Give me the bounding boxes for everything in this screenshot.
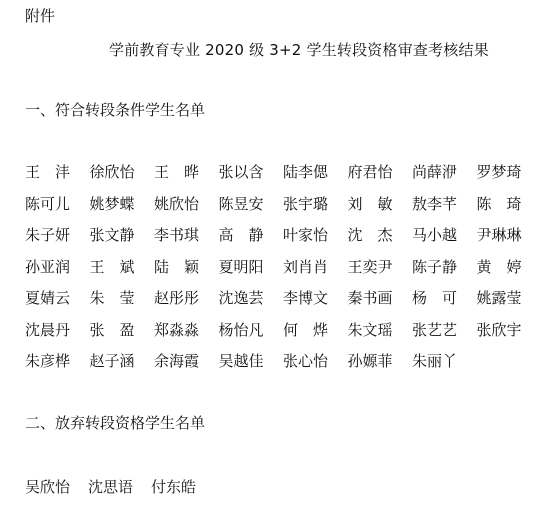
student-name: 敖李芊	[412, 195, 477, 227]
student-name: 余海霞	[154, 352, 219, 384]
student-name: 沈思语	[88, 478, 133, 496]
student-name: 孙亚润	[25, 258, 90, 290]
student-name: 张欣宇	[477, 321, 542, 353]
student-name: 陆李偲	[283, 163, 348, 195]
student-name: 王斌	[90, 258, 135, 290]
student-name: 尹琳琳	[477, 226, 542, 258]
student-name: 陈琦	[477, 195, 522, 227]
student-name: 刘敏	[348, 195, 393, 227]
student-name: 付东皓	[151, 478, 196, 496]
student-name: 马小越	[412, 226, 477, 258]
student-name: 李博文	[283, 289, 348, 321]
student-name: 王沣	[25, 163, 70, 195]
student-name: 张以含	[219, 163, 284, 195]
student-name: 陈可儿	[25, 195, 90, 227]
student-name: 吴欣怡	[25, 478, 70, 496]
attachment-label: 附件	[25, 7, 55, 25]
student-name: 杨怡凡	[219, 321, 284, 353]
student-name: 朱莹	[90, 289, 135, 321]
student-name: 刘肖肖	[283, 258, 348, 290]
student-name: 朱子妍	[25, 226, 90, 258]
abandoned-students-list: 吴欣怡沈思语付东皓	[25, 478, 196, 496]
student-name: 沈逸芸	[219, 289, 284, 321]
student-name: 府君怡	[348, 163, 413, 195]
student-name: 夏婧云	[25, 289, 90, 321]
student-name: 罗梦琦	[477, 163, 542, 195]
student-name: 姚梦蝶	[90, 195, 155, 227]
student-name: 王晔	[154, 163, 199, 195]
student-name: 赵子涵	[90, 352, 155, 384]
section-qualified-heading: 一、符合转段条件学生名单	[25, 101, 205, 119]
student-name: 尚薛洢	[412, 163, 477, 195]
student-name: 陆颖	[154, 258, 199, 290]
student-name: 张宇璐	[283, 195, 348, 227]
student-name: 朱丽丫	[412, 352, 477, 384]
student-name: 李书琪	[154, 226, 219, 258]
section-abandoned-heading: 二、放弃转段资格学生名单	[25, 414, 205, 432]
student-name: 徐欣怡	[90, 163, 155, 195]
student-name: 张心怡	[283, 352, 348, 384]
student-name: 郑淼淼	[154, 321, 219, 353]
student-name: 王奕尹	[348, 258, 413, 290]
student-name: 朱彦桦	[25, 352, 90, 384]
student-name: 何烨	[283, 321, 328, 353]
qualified-students-list: 王沣徐欣怡王晔张以含陆李偲府君怡尚薛洢罗梦琦陈可儿姚梦蝶姚欣怡陈昱安张宇璐刘敏敖…	[25, 163, 541, 384]
student-name: 黄婷	[477, 258, 522, 290]
student-name: 陈昱安	[219, 195, 284, 227]
student-name: 叶家怡	[283, 226, 348, 258]
student-name: 孙嫄菲	[348, 352, 413, 384]
student-name: 张艺艺	[412, 321, 477, 353]
student-name: 赵彤彤	[154, 289, 219, 321]
student-name: 朱文瑶	[348, 321, 413, 353]
student-name: 陈子静	[412, 258, 477, 290]
student-name: 沈晨丹	[25, 321, 90, 353]
student-name: 杨可	[412, 289, 457, 321]
student-name: 高静	[219, 226, 264, 258]
student-name: 沈杰	[348, 226, 393, 258]
document-title: 学前教育专业 2020 级 3+2 学生转段资格审查考核结果	[109, 41, 489, 59]
student-name: 姚欣怡	[154, 195, 219, 227]
student-name: 姚露莹	[477, 289, 542, 321]
student-name: 吴越佳	[219, 352, 284, 384]
student-name: 张文静	[90, 226, 155, 258]
student-name: 夏明阳	[219, 258, 284, 290]
student-name: 秦书画	[348, 289, 413, 321]
student-name: 张盈	[90, 321, 135, 353]
